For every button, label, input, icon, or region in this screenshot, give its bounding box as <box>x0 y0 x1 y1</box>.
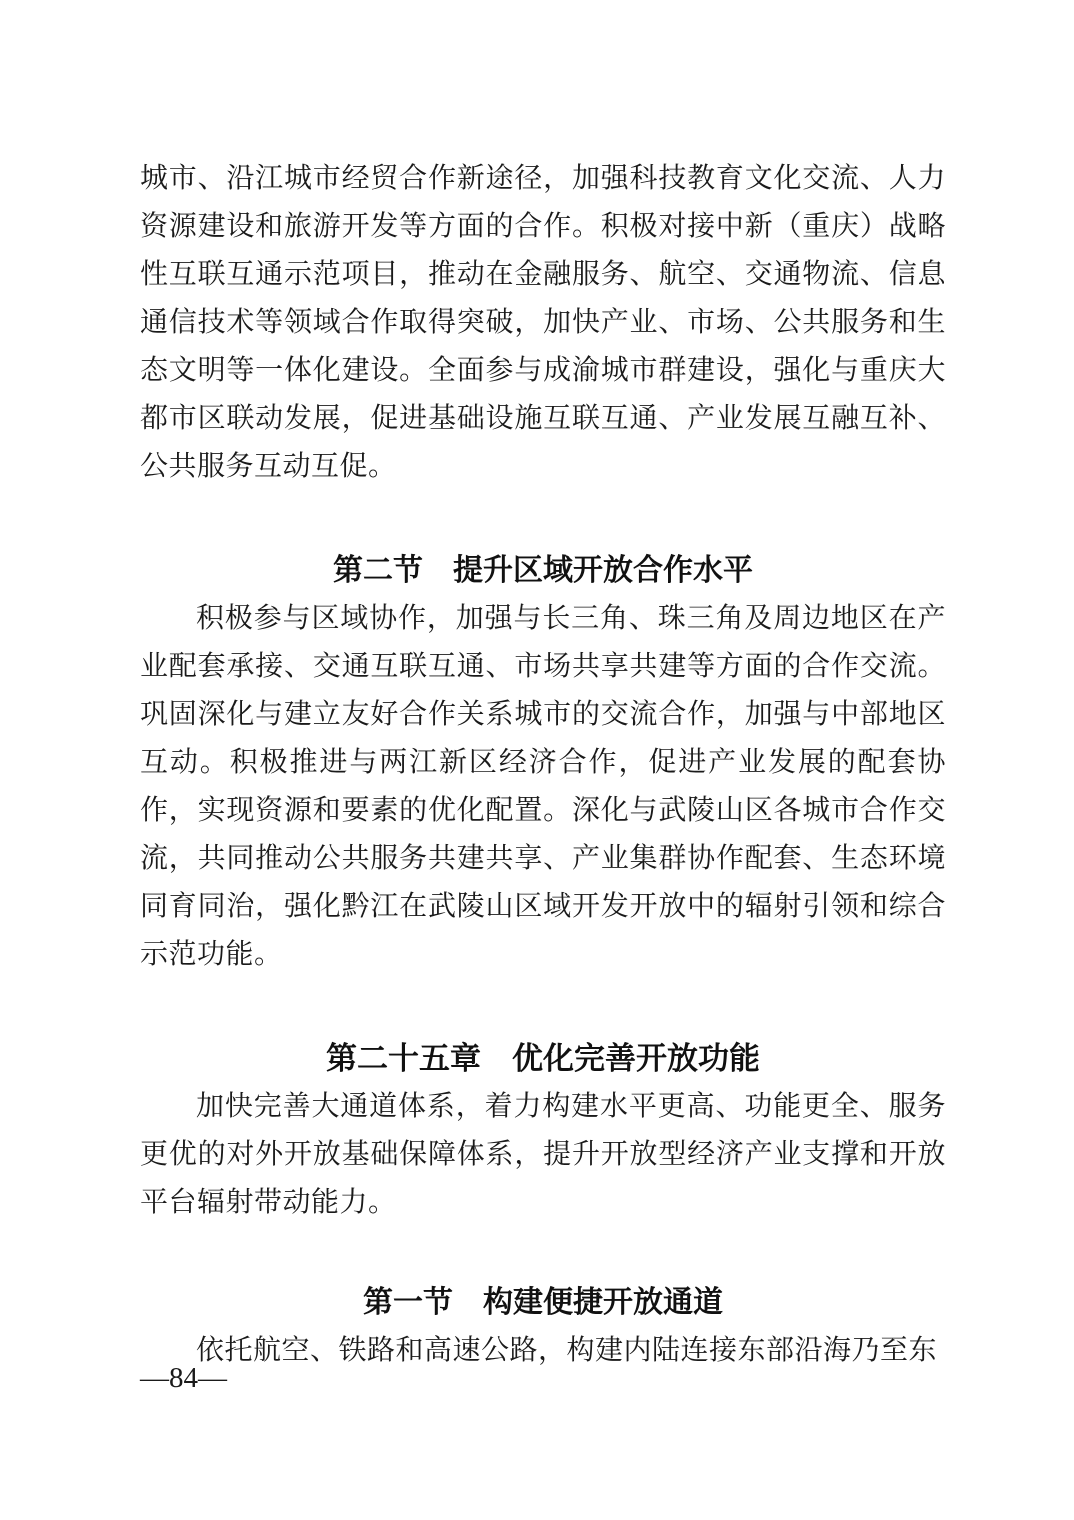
document-page: 城市、沿江城市经贸合作新途径，加强科技教育文化交流、人力资源建设和旅游开发等方面… <box>0 0 1074 1520</box>
section-1-paragraph: 积极参与区域协作，加强与长三角、珠三角及周边地区在产业配套承接、交通互联互通、市… <box>140 595 946 979</box>
chapter-intro-paragraph: 加快完善大通道体系，着力构建水平更高、功能更全、服务更优的对外开放基础保障体系，… <box>140 1083 946 1227</box>
page-body: 城市、沿江城市经贸合作新途径，加强科技教育文化交流、人力资源建设和旅游开发等方面… <box>140 155 946 1375</box>
section-2-paragraph: 依托航空、铁路和高速公路，构建内陆连接东部沿海乃至东 <box>140 1327 946 1375</box>
chapter-heading: 第二十五章 优化完善开放功能 <box>140 1035 946 1083</box>
page-number: —84— <box>140 1362 227 1394</box>
section-heading-1: 第二节 提升区域开放合作水平 <box>140 547 946 595</box>
section-heading-2: 第一节 构建便捷开放通道 <box>140 1279 946 1327</box>
paragraph-continuation: 城市、沿江城市经贸合作新途径，加强科技教育文化交流、人力资源建设和旅游开发等方面… <box>140 155 946 491</box>
